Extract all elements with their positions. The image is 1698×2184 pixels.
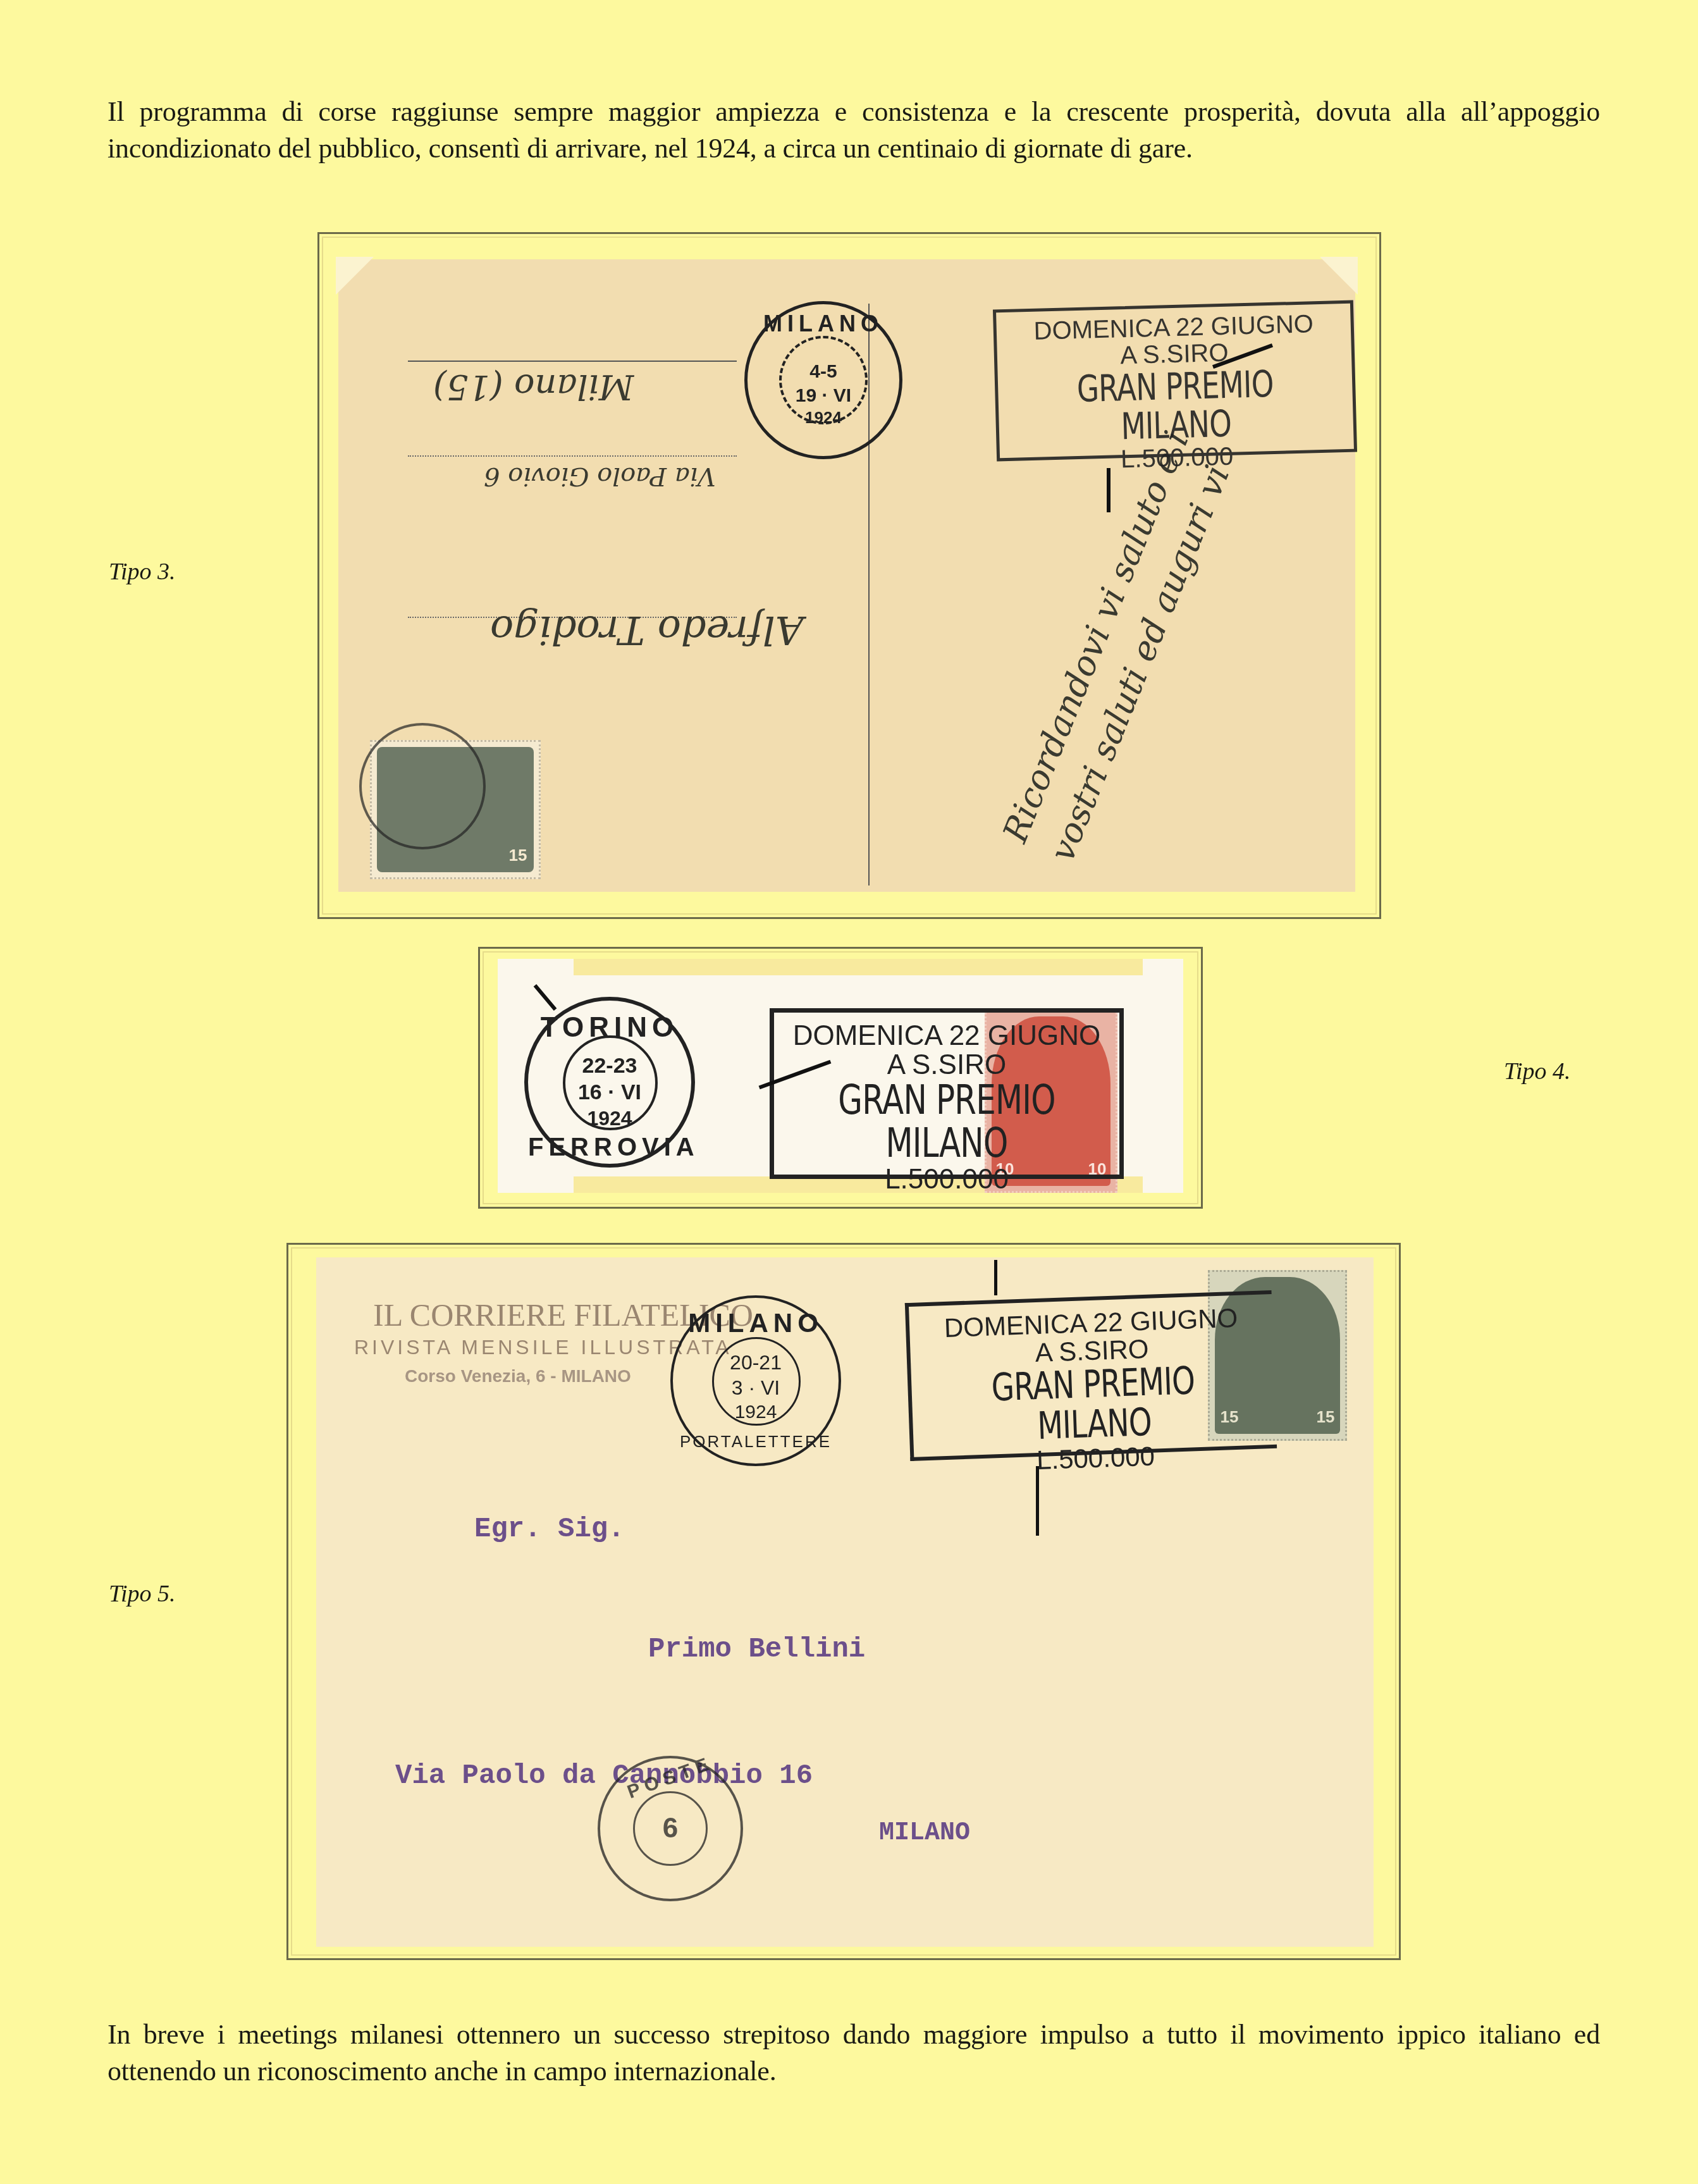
- arrival-postmark: POSTE 6: [598, 1756, 743, 1901]
- address-salutation: Egr. Sig.: [474, 1514, 625, 1545]
- address-city: MILANO: [879, 1819, 970, 1848]
- postcard-tipo-3: Milano (15) Via Paolo Giovio 6 Alfredo T…: [338, 259, 1355, 892]
- mount-frame-tipo-3: Milano (15) Via Paolo Giovio 6 Alfredo T…: [317, 232, 1381, 919]
- piece-tipo-4: TORINO 22-23 16 · VI 1924 FERROVIA 10 10…: [498, 959, 1183, 1193]
- closing-paragraph: In breve i meetings milanesi ottennero u…: [108, 2016, 1600, 2090]
- item-label-tipo-4: Tipo 4.: [1504, 1058, 1571, 1085]
- annotation-arrow-up: [1036, 1466, 1039, 1536]
- slogan-cancel-tipo-4: DOMENICA 22 GIUGNO A S.SIRO GRAN PREMIO …: [770, 1008, 1124, 1179]
- round-postmark-torino: TORINO 22-23 16 · VI 1924 FERROVIA: [524, 997, 695, 1168]
- handwritten-street: Via Paolo Giovio 6: [484, 462, 716, 491]
- mount-frame-tipo-5: IL CORRIERE FILATELICO RIVISTA MENSILE I…: [286, 1243, 1401, 1960]
- handwritten-name: Alfredo Trodigo: [490, 607, 803, 653]
- sender-address: Corso Venezia, 6 - MILANO: [405, 1366, 631, 1386]
- handwritten-city: Milano (15): [433, 367, 634, 407]
- round-postmark-milano: MILANO 4-5 19 · VI 1924: [744, 301, 902, 459]
- mount-frame-tipo-4: TORINO 22-23 16 · VI 1924 FERROVIA 10 10…: [478, 947, 1203, 1209]
- address-street: Via Paolo da Cannobbio 16: [395, 1760, 813, 1792]
- stamp-15c-tipo-3: 15: [370, 740, 541, 879]
- annotation-arrow-postmark: [534, 984, 557, 1011]
- round-postmark-milano-portalettere: MILANO 20-21 3 · VI 1924 PORTALETTERE: [670, 1295, 841, 1466]
- envelope-tipo-5: IL CORRIERE FILATELICO RIVISTA MENSILE I…: [316, 1257, 1374, 1947]
- annotation-arrow-down: [994, 1260, 997, 1295]
- address-name: Primo Bellini: [648, 1634, 865, 1665]
- slogan-cancel-tipo-3: DOMENICA 22 GIUGNO A S.SIRO GRAN PREMIO …: [993, 300, 1357, 462]
- slogan-cancel-tipo-5: DOMENICA 22 GIUGNO A S.SIRO GRAN PREMIO …: [905, 1290, 1277, 1461]
- annotation-arrow-up: [1107, 468, 1110, 512]
- handwritten-message: Ricordandovi vi saluto e i vostri saluti…: [990, 409, 1255, 869]
- item-label-tipo-3: Tipo 3.: [109, 558, 176, 586]
- item-label-tipo-5: Tipo 5.: [109, 1580, 176, 1608]
- intro-paragraph: Il programma di corse raggiunse sempre m…: [108, 94, 1600, 167]
